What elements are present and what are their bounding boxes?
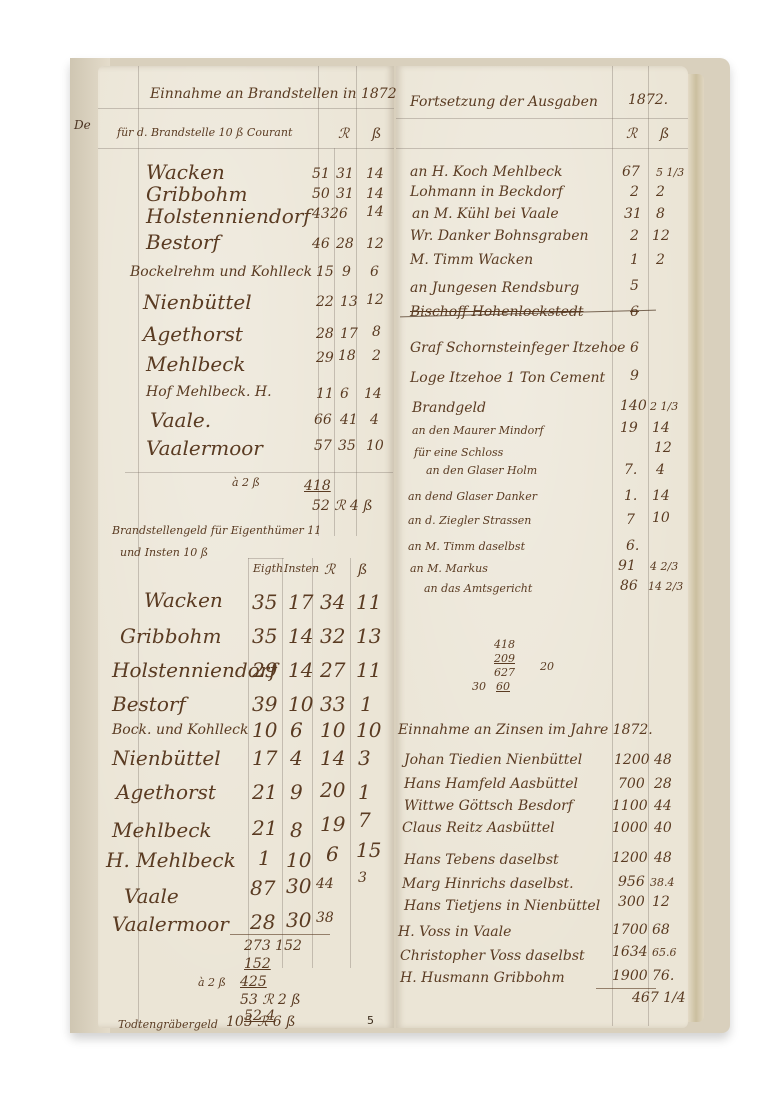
cell-a: 50 <box>312 186 330 202</box>
interest-total: 467 1/4 <box>632 990 686 1006</box>
cell-c: 8 <box>372 324 381 340</box>
section1-total: 418 <box>304 478 331 494</box>
entry-text: an den Maurer Mindorf <box>412 424 544 437</box>
cell-b: 8 <box>290 818 303 842</box>
cell-b: 68 <box>652 922 670 938</box>
cell-b: 2 <box>656 252 665 268</box>
cell-a: 35 <box>252 624 277 648</box>
cell-a: 5 <box>630 278 639 294</box>
left-subheader-rule <box>98 148 394 149</box>
cell-b: 6 <box>340 386 349 402</box>
section1-col-header-rt: ℛ <box>338 126 349 142</box>
entry-text: M. Timm Wacken <box>410 252 533 268</box>
place-name: Agethorst <box>143 322 243 346</box>
calc-divisor: 30 <box>472 680 486 693</box>
cell-b: 18 <box>338 348 356 364</box>
cell-a: 1 <box>630 252 639 268</box>
entry-text: Lohmann in Beckdorf <box>410 184 563 200</box>
cell-a: 29 <box>252 658 277 682</box>
cell-c: 19 <box>320 812 345 836</box>
entry-text: Loge Itzehoe 1 Ton Cement <box>410 370 605 386</box>
place-name: Vaalermoor <box>146 436 263 460</box>
cell-b: 14 <box>652 420 670 436</box>
cell-a: 6 <box>630 304 639 320</box>
place-name: Mehlbeck <box>112 818 212 842</box>
cell-a: 1200 <box>614 752 650 768</box>
cell-b: 35 <box>338 438 356 454</box>
entry-text: an Jungesen Rendsburg <box>410 280 579 296</box>
cell-d: 7 <box>358 808 371 832</box>
cell-c: 14 <box>366 204 384 220</box>
cell-c: 44 <box>316 876 334 892</box>
cell-b: 14 <box>288 658 313 682</box>
cell-c: 12 <box>366 292 384 308</box>
place-name: Bestorf <box>112 692 186 716</box>
cell-d: 15 <box>356 838 381 862</box>
calc-line-3: 425 <box>240 974 267 990</box>
section2-col-header-s: ß <box>358 562 367 578</box>
cell-a: 35 <box>252 590 277 614</box>
cell-a: 1100 <box>612 798 648 814</box>
section2-heading-line2: und Insten 10 ß <box>120 546 208 559</box>
cell-a: 7 <box>626 512 635 528</box>
entry-text: Marg Hinrichs daselbst. <box>402 876 574 892</box>
section2-rate-note: à 2 ß <box>198 976 226 989</box>
cell-a: 91 <box>618 558 636 574</box>
cell-c: 14 <box>364 386 382 402</box>
section1-heading: für d. Brandstelle 10 ß Courant <box>117 126 292 139</box>
cell-a: 6 <box>630 340 639 356</box>
cell-a: 956 <box>618 874 645 890</box>
section1-total-converted: 52 ℛ 4 ß <box>312 498 373 514</box>
cell-a: 15 <box>316 264 334 280</box>
cell-d: 11 <box>356 658 381 682</box>
right-year-header: 1872. <box>628 92 668 108</box>
cell-a: 21 <box>252 780 277 804</box>
cell-c: 6 <box>370 264 379 280</box>
cell-a: 1. <box>624 488 637 504</box>
cell-b: 76. <box>652 968 674 984</box>
cell-b: 8 <box>656 206 665 222</box>
cell-a: 1200 <box>612 850 648 866</box>
place-name: Nienbüttel <box>112 746 221 770</box>
cell-a: 11 <box>316 386 334 402</box>
cell-b: 4 <box>656 462 665 478</box>
place-name: H. Mehlbeck <box>106 848 236 872</box>
right-col-rule-1 <box>612 66 613 1026</box>
place-name: Holstenniendorf <box>146 204 311 228</box>
cell-c: 4 <box>370 412 379 428</box>
calc-quotient: 20 <box>540 660 554 673</box>
cell-a: 19 <box>620 420 638 436</box>
right-subheader-rule <box>396 148 688 149</box>
section2-heading-line1: Brandstellengeld für Eigenthümer 11 <box>112 524 321 537</box>
calc-sum: 627 <box>494 666 515 679</box>
place-name: Bestorf <box>146 230 220 254</box>
entry-text: Wittwe Göttsch Besdorf <box>404 798 573 814</box>
cell-b: 12 <box>652 228 670 244</box>
cell-d: 1 <box>358 780 371 804</box>
cell-b: 2 1/3 <box>650 400 678 413</box>
cell-c: 6 <box>326 842 339 866</box>
section2-col-header-eigth: Eigth <box>253 562 283 575</box>
entry-text: an das Amtsgericht <box>424 582 532 595</box>
cell-b: 14 <box>652 488 670 504</box>
cell-a: 57 <box>314 438 332 454</box>
cell-d: 11 <box>356 590 381 614</box>
place-name: Vaalermoor <box>112 912 229 936</box>
page-number: 5 <box>367 1014 374 1027</box>
section2-col-header-rt: ℛ <box>324 562 335 578</box>
place-name: Hof Mehlbeck. H. <box>146 384 272 400</box>
calc-sub: 60 <box>496 680 510 693</box>
cell-b: 17 <box>340 326 358 342</box>
cell-a: 86 <box>620 578 638 594</box>
entry-text: an d. Ziegler Strassen <box>408 514 531 527</box>
cell-c: 38 <box>316 910 334 926</box>
place-name: Vaale <box>124 884 179 908</box>
cell-a: 28 <box>316 326 334 342</box>
cell-d: 3 <box>358 870 367 886</box>
cell-b: 13 <box>340 294 358 310</box>
cell-b: 2 <box>656 184 665 200</box>
place-name: Bockelrehm und Kohlleck <box>130 264 312 280</box>
cell-d: 3 <box>358 746 371 770</box>
cell-b: 12 <box>652 894 670 910</box>
calc-line-1: 273 152 <box>244 938 302 954</box>
cell-a: 67 <box>622 164 640 180</box>
cell-b: 30 <box>286 874 311 898</box>
place-name: Vaale. <box>150 408 211 432</box>
cell-a: 46 <box>312 236 330 252</box>
section1-col-header-s: ß <box>372 126 381 142</box>
cell-d: 13 <box>356 624 381 648</box>
entry-text: Claus Reitz Aasbüttel <box>402 820 555 836</box>
section2-header-rule <box>248 558 284 559</box>
entry-text: Hans Tebens daselbst <box>404 852 559 868</box>
entry-text: Wr. Danker Bohnsgraben <box>410 228 589 244</box>
entry-text: Hans Hamfeld Aasbüttel <box>404 776 578 792</box>
right-page-title: Fortsetzung der Ausgaben <box>410 94 598 110</box>
cell-b: 17 <box>288 590 313 614</box>
cell-c: 34 <box>320 590 345 614</box>
cell-a: 140 <box>620 398 647 414</box>
right-header-rule <box>396 118 688 119</box>
cell-b: 48 <box>654 752 672 768</box>
calc-addend: 209 <box>494 652 515 665</box>
cell-a: 1634 <box>612 944 648 960</box>
cell-b: 44 <box>654 798 672 814</box>
section2-col-rule-3 <box>312 558 313 968</box>
section2-col-rule-4 <box>350 558 351 968</box>
section2-col-header-insten: Insten <box>284 562 319 575</box>
place-name: Gribbohm <box>120 624 221 648</box>
cell-a: 9 <box>630 368 639 384</box>
cell-b: 9 <box>342 264 351 280</box>
section1-rate-note: à 2 ß <box>232 476 260 489</box>
cell-a: 2 <box>630 228 639 244</box>
cell-c: 10 <box>366 438 384 454</box>
cell-a: 31 <box>624 206 642 222</box>
cell-c: 10 <box>320 718 345 742</box>
entry-text: Hans Tietjens in Nienbüttel <box>404 898 600 914</box>
cell-d: 10 <box>356 718 381 742</box>
cell-a: 17 <box>252 746 277 770</box>
cell-a: 29 <box>316 350 334 366</box>
cell-b: 41 <box>340 412 358 428</box>
cell-b: 31 <box>336 166 354 182</box>
cell-a: 1 <box>258 846 271 870</box>
entry-text: Graf Schornsteinfeger Itzehoe <box>410 340 625 356</box>
cell-b: 4 2/3 <box>650 560 678 573</box>
section2-sum-rule <box>230 934 330 935</box>
cell-a: 22 <box>316 294 334 310</box>
entry-text: Brandgeld <box>412 400 486 416</box>
left-page-title: Einnahme an Brandstellen in 1872 <box>150 86 397 102</box>
cell-b: 14 2/3 <box>648 580 683 593</box>
book-right-edge <box>688 74 704 1022</box>
cell-a: 43 <box>312 206 330 222</box>
entry-text: an H. Koch Mehlbeck <box>410 164 562 180</box>
entry-text: an M. Timm daselbst <box>408 540 525 553</box>
entry-text: an M. Kühl bei Vaale <box>412 206 559 222</box>
left-header-rule <box>98 108 394 109</box>
entry-text-struck: Bischoff Hohenlockstedt <box>410 304 583 320</box>
cell-a: 1000 <box>612 820 648 836</box>
entry-text: Christopher Voss daselbst <box>400 948 585 964</box>
entry-text: für eine Schloss <box>414 446 503 459</box>
cell-c: 20 <box>320 778 345 802</box>
entry-text: an dend Glaser Danker <box>408 490 537 503</box>
cell-a: 2 <box>630 184 639 200</box>
cell-a: 39 <box>252 692 277 716</box>
cell-b: 28 <box>654 776 672 792</box>
cell-c: 14 <box>366 166 384 182</box>
entry-text: H. Voss in Vaale <box>398 924 511 940</box>
cell-c: 27 <box>320 658 345 682</box>
cell-a: 66 <box>314 412 332 428</box>
cell-c: 33 <box>320 692 345 716</box>
calc-line-2: 152 <box>244 956 271 972</box>
cell-a: 6. <box>626 538 639 554</box>
entry-text: an den Glaser Holm <box>426 464 537 477</box>
cell-d: 1 <box>360 692 373 716</box>
cell-b: 65.6 <box>652 946 677 959</box>
interest-sum-rule <box>596 988 656 989</box>
cell-b: 30 <box>286 908 311 932</box>
place-name: Wacken <box>146 160 225 184</box>
cell-b: 5 1/3 <box>656 166 684 179</box>
cell-c: 14 <box>320 746 345 770</box>
final-label: Todtengräbergeld <box>118 1018 218 1031</box>
section2-col-rule-2 <box>282 558 283 968</box>
section2-col-rule-1 <box>248 558 249 968</box>
cell-b: 10 <box>288 692 313 716</box>
cell-b: 48 <box>654 850 672 866</box>
cell-a: 7. <box>624 462 637 478</box>
calc-line-4: 53 ℛ 2 ß <box>240 992 301 1008</box>
cell-a: 28 <box>250 910 275 934</box>
cell-c: 12 <box>366 236 384 252</box>
cell-a: 21 <box>252 816 277 840</box>
cell-b: 28 <box>336 236 354 252</box>
right-col-header-s: ß <box>660 126 669 142</box>
cell-b: 10 <box>652 510 670 526</box>
cell-a: 1700 <box>612 922 648 938</box>
cell-a: 51 <box>312 166 330 182</box>
left-sum-rule <box>125 472 393 473</box>
cell-a: 700 <box>618 776 645 792</box>
place-name: Mehlbeck <box>146 352 246 376</box>
cell-b: 26 <box>330 206 348 222</box>
cell-b: 6 <box>290 718 303 742</box>
entry-text: H. Husmann Gribbohm <box>400 970 565 986</box>
cell-a: 300 <box>618 894 645 910</box>
cell-b: 31 <box>336 186 354 202</box>
cell-c: 2 <box>372 348 381 364</box>
cell-b: 10 <box>286 848 311 872</box>
cell-b: 14 <box>288 624 313 648</box>
place-name: Wacken <box>144 588 223 612</box>
cell-a: 1900 <box>612 968 648 984</box>
place-name: Gribbohm <box>146 182 247 206</box>
calc-dividend: 418 <box>494 638 515 651</box>
right-col-header-rt: ℛ <box>626 126 637 142</box>
right-col-rule-2 <box>648 66 649 1026</box>
place-name: Bock. und Kohlleck <box>112 722 248 738</box>
entry-text: an M. Markus <box>410 562 488 575</box>
interest-section-title: Einnahme an Zinsen im Jahre 1872. <box>398 722 653 738</box>
cell-b: 40 <box>654 820 672 836</box>
cell-b: 38.4 <box>650 876 675 889</box>
entry-text: Johan Tiedien Nienbüttel <box>404 752 582 768</box>
cell-b: 12 <box>654 440 672 456</box>
cell-b: 9 <box>290 780 303 804</box>
final-total: 105 ℛ 6 ß <box>226 1014 296 1030</box>
cell-b: 4 <box>290 746 303 770</box>
cell-a: 87 <box>250 876 275 900</box>
margin-mark: De <box>74 118 91 132</box>
cell-c: 32 <box>320 624 345 648</box>
cell-c: 14 <box>366 186 384 202</box>
cell-a: 10 <box>252 718 277 742</box>
place-name: Agethorst <box>116 780 216 804</box>
place-name: Nienbüttel <box>143 290 252 314</box>
